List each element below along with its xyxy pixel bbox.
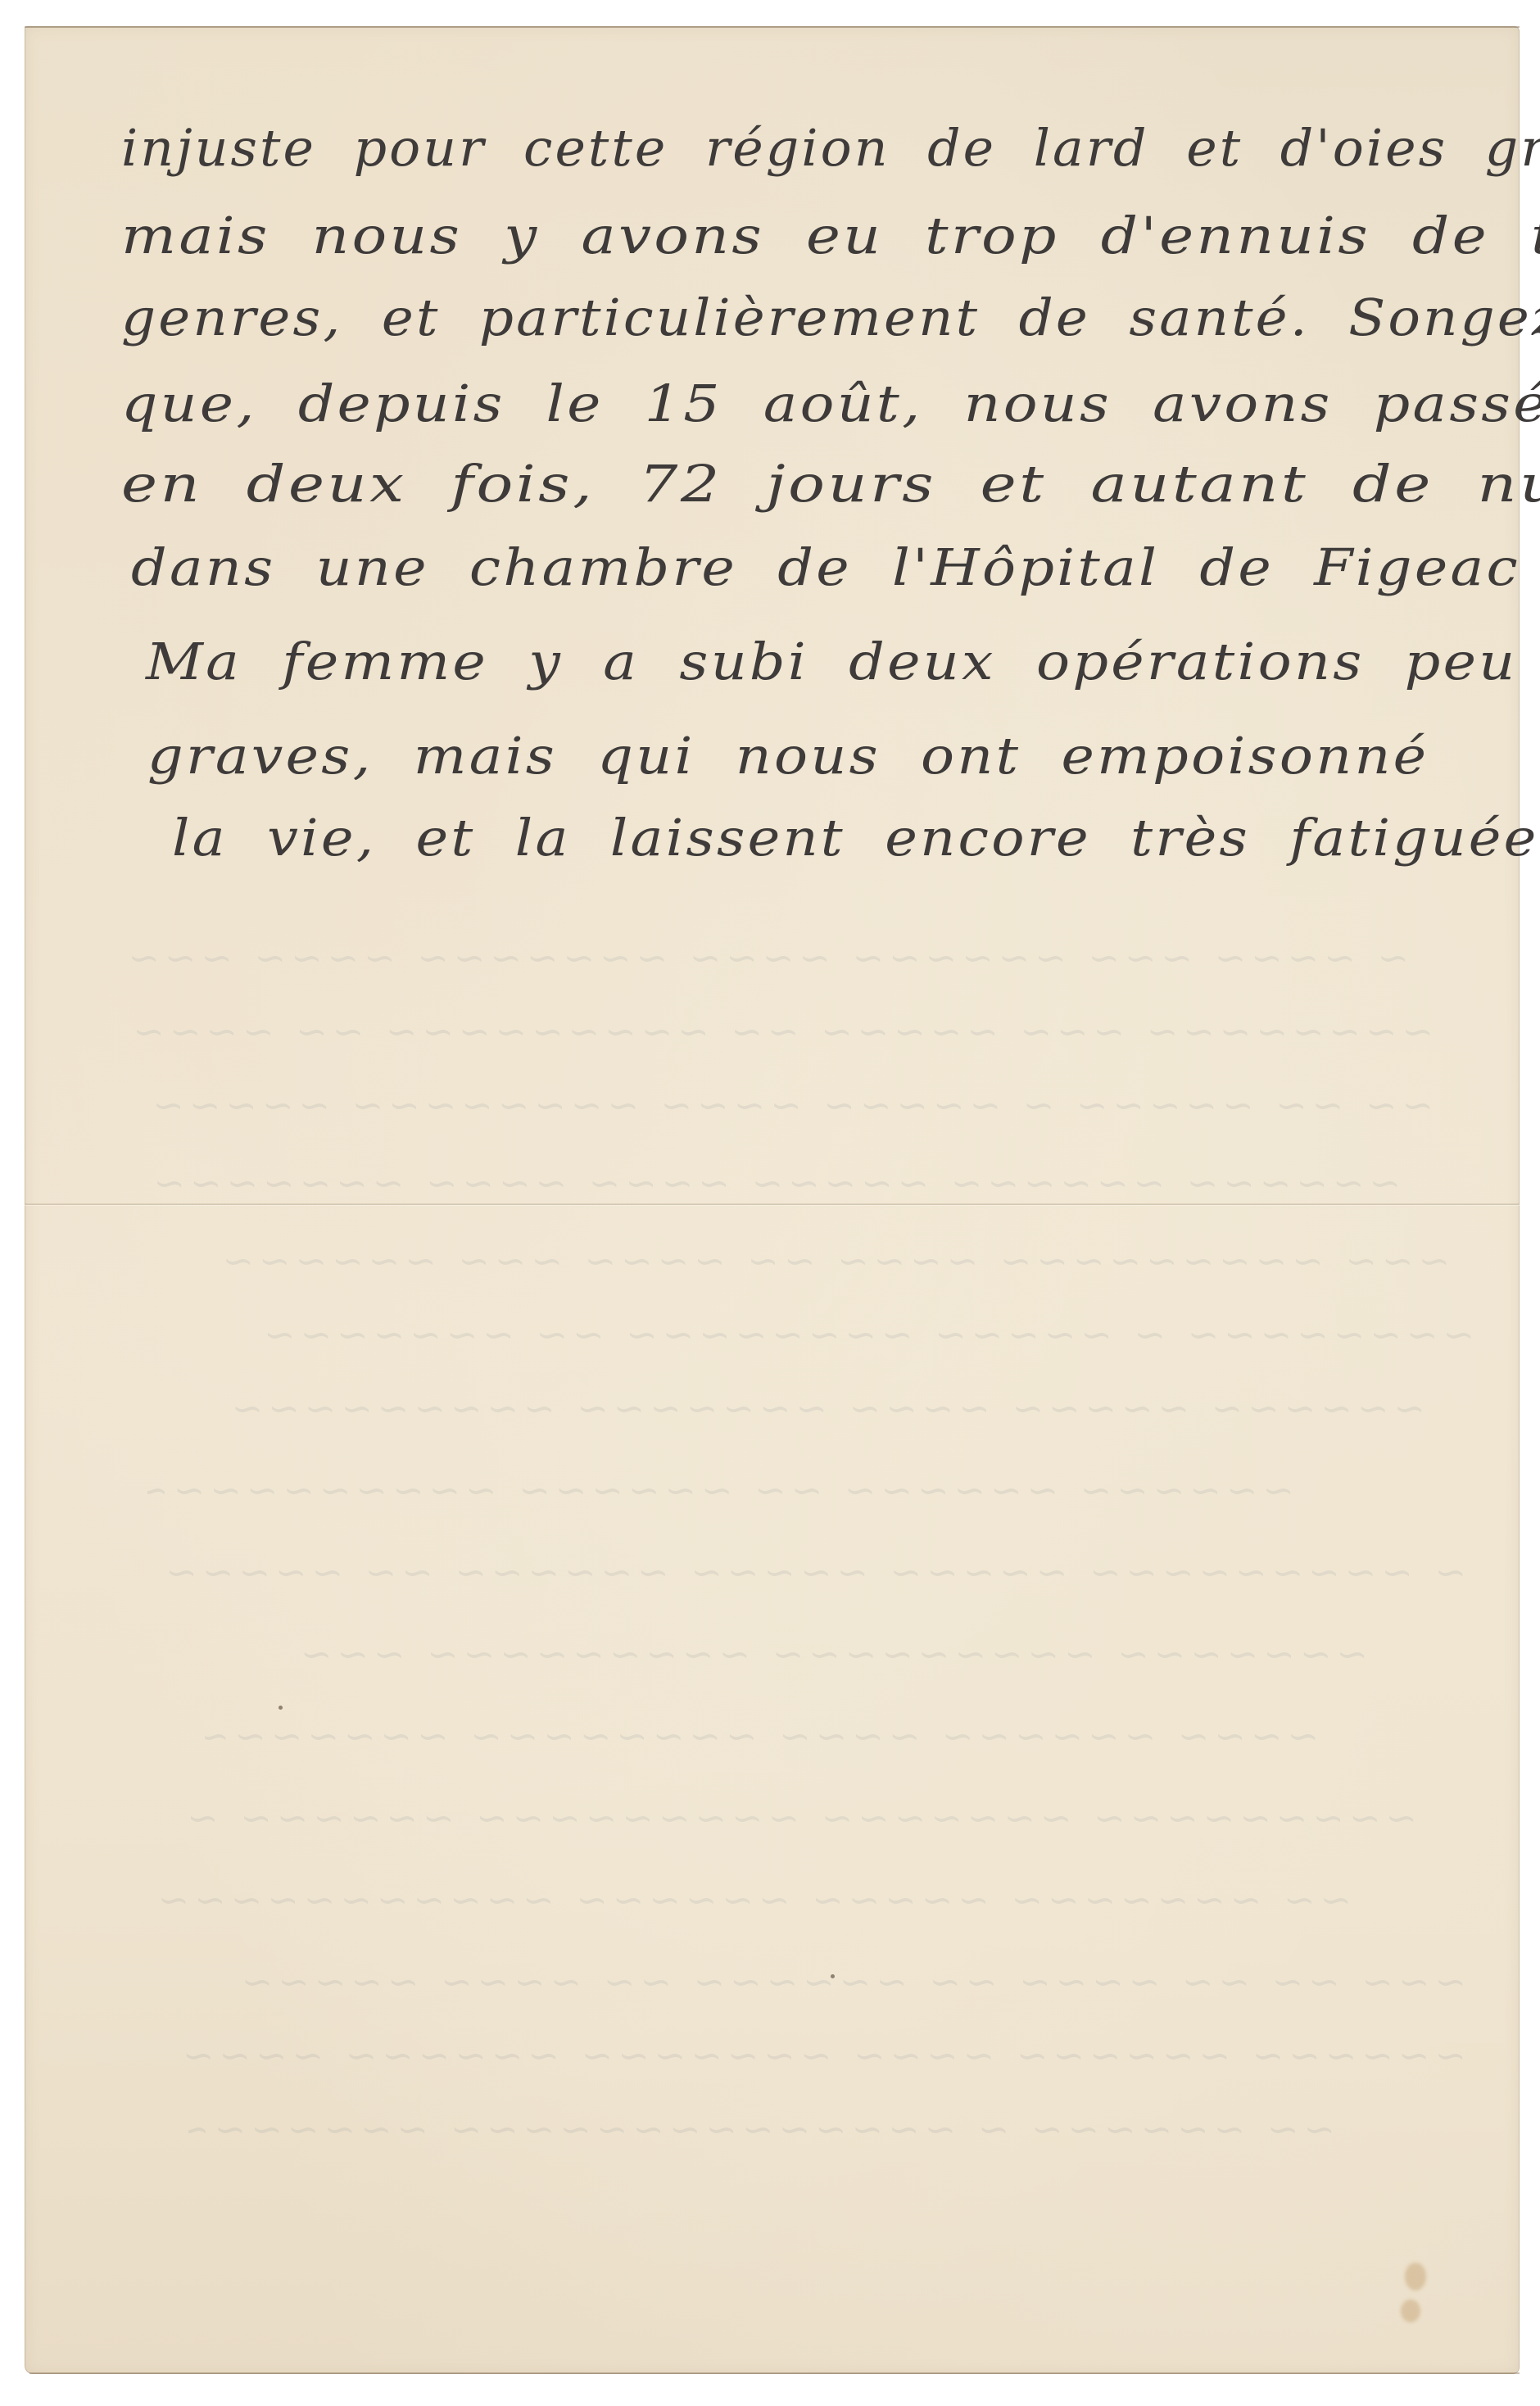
show-through-line: ~~~~~~~~ ~~~ ~~~~~ ~~ ~~~~~~~~~ ~~ ~~~~ [123,1009,1434,1042]
show-through-line: ~~~ ~~~~~~~~~ ~~~~ ~~ ~~~~ ~~~ ~~~~~~ [123,1239,1450,1271]
paper-top-edge [25,26,1520,28]
letter-line-4: que, depuis le 15 août, nous avons passé… [121,378,1540,429]
show-through-line: ~~~~~~~~ ~ ~~~~~ ~~~~~~~~ ~~ ~~~~~~~ [115,1312,1474,1345]
letter-line-7: Ma femme y a subi deux opérations peu [146,637,1518,687]
show-through-line: ~ ~~~~~~~~~ ~~~~~ ~~~~~ ~~~~~~ ~~ ~~~~~ [123,1550,1466,1583]
paper-stain [1405,2263,1426,2290]
show-through-line: ~~~~~~~ ~~~~~~~~~ ~~~~~~~~~ ~~~ [139,1632,1368,1665]
show-through-line: ~~~~~~ ~~~~~~ ~~~~~ ~~~~ ~~~~ ~~~~~~~ [123,1161,1401,1194]
paper-speck [279,1706,283,1710]
letter-line-2: mais nous y avons eu trop d'ennuis de to… [121,211,1540,261]
show-through-line: ~~~~~~ ~~~~~~ ~~ ~~~~~~ ~~~~~~~~~~ [147,1468,1294,1501]
show-through-line: ~ ~~~~ ~~~ ~~~~~~ ~~~~ ~~~~~~~ ~~~~ ~~~~… [131,936,1409,968]
paper-bottom-edge [29,2372,1520,2374]
show-through-line: ~~~~~~~~~ ~~~~~~~ ~~~~~~~~~ ~~~~~~ ~ [139,1796,1417,1828]
letter-line-8: graves, mais qui nous ont empoisonné [147,731,1429,782]
show-through-line: ~~ ~~ ~~~~~ ~ ~~~~~ ~~~~ ~~~~~~~~ ~~~~~ [123,1083,1434,1116]
paper-speck [831,1974,835,1978]
show-through-line: ~~ ~~~~~~~ ~~~~~ ~~~~~~ ~~~~~~~~~~~ [123,1878,1352,1910]
show-through-line: ~~~~~~ ~~~~~~ ~~~~ ~~~~~~~ ~~~~~~ ~~~~ [123,2033,1466,2066]
letter-line-9: la vie, et la laissent encore très fatig… [172,813,1540,863]
show-through-line: ~~~ ~~ ~~ ~~~~ ~~ ~~~~~~ ~~ ~~~~ ~~~~~ [123,1960,1466,1992]
paper-stain [1401,2300,1420,2322]
letter-line-5: en deux fois, 72 jours et autant de nuit… [121,459,1540,510]
letter-line-3: genres, et particulièrement de santé. So… [121,292,1540,343]
show-through-line: ~~~~~~ ~~~~~ ~~~~ ~~~~~~~ ~~~~~~~~~ [147,1386,1425,1419]
paper-fold-line [25,1203,1520,1206]
show-through-line: ~~~~ ~~~~~~ ~~~~ ~~~~~~~~ ~~~~~~~ [205,1714,1319,1747]
letter-line-1: injuste pour cette région de lard et d'o… [121,123,1540,174]
show-through-line: ~~ ~~~~~~ ~ ~~~~~~~~~~~~~~ ~~~~~~~~~ [188,2107,1335,2140]
letter-page: ~ ~~~~ ~~~ ~~~~~~ ~~~~ ~~~~~~~ ~~~~ ~~~~… [25,26,1520,2374]
letter-line-6: dans une chambre de l'Hôpital de Figeac … [131,542,1540,593]
